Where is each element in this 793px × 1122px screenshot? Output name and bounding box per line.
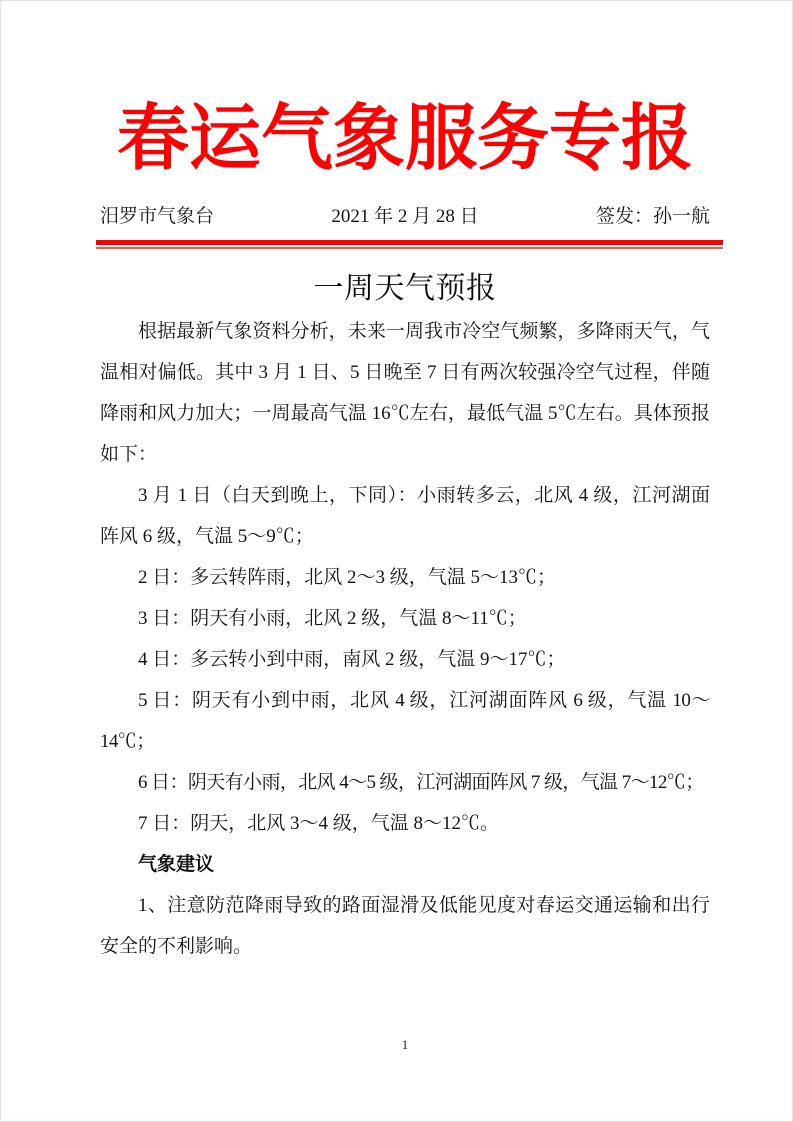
page-content: 春运气象服务专报 汨罗市气象台 2021 年 2 月 28 日 签发：孙一航 一… — [100, 0, 710, 1122]
forecast-item: 4 日：多云转小到中雨，南风 2 级，气温 9～17℃； — [100, 639, 710, 680]
intro-paragraph: 根据最新气象资料分析，未来一周我市冷空气频繁，多降雨天气，气温相对偏低。其中 3… — [100, 311, 710, 475]
page-number: 1 — [100, 1036, 710, 1054]
forecast-item: 7 日：阴天，北风 3～4 级，气温 8～12℃。 — [100, 803, 710, 844]
document-page: { "page": { "accent_red": "#ff0000", "ba… — [0, 0, 793, 1122]
red-divider — [96, 240, 723, 249]
signer-name: 签发：孙一航 — [596, 204, 710, 230]
forecast-item: 2 日：多云转阵雨，北风 2～3 级，气温 5～13℃； — [100, 557, 710, 598]
red-divider-thin-line — [96, 247, 723, 249]
issuer-name: 汨罗市气象台 — [100, 204, 214, 230]
section-heading-weekly-forecast: 一周天气预报 — [100, 269, 710, 309]
forecast-item: 3 月 1 日（白天到晚上，下同）：小雨转多云，北风 4 级，江河湖面阵风 6 … — [100, 475, 710, 557]
forecast-item: 3 日：阴天有小雨，北风 2 级，气温 8～11℃； — [100, 598, 710, 639]
masthead-meta-row: 汨罗市气象台 2021 年 2 月 28 日 签发：孙一航 — [100, 204, 710, 230]
advice-paragraph: 1、注意防范降雨导致的路面湿滑及低能见度对春运交通运输和出行安全的不利影响。 — [100, 885, 710, 967]
forecast-item: 5 日：阴天有小到中雨，北风 4 级，江河湖面阵风 6 级，气温 10～14℃； — [100, 680, 710, 762]
advice-heading: 气象建议 — [100, 844, 710, 885]
issue-date: 2021 年 2 月 28 日 — [331, 204, 478, 230]
report-masthead-title: 春运气象服务专报 — [100, 91, 710, 188]
forecast-item: 6 日：阴天有小雨，北风 4～5 级，江河湖面阵风 7 级，气温 7～12℃； — [100, 762, 710, 803]
report-body: 根据最新气象资料分析，未来一周我市冷空气频繁，多降雨天气，气温相对偏低。其中 3… — [100, 311, 710, 967]
